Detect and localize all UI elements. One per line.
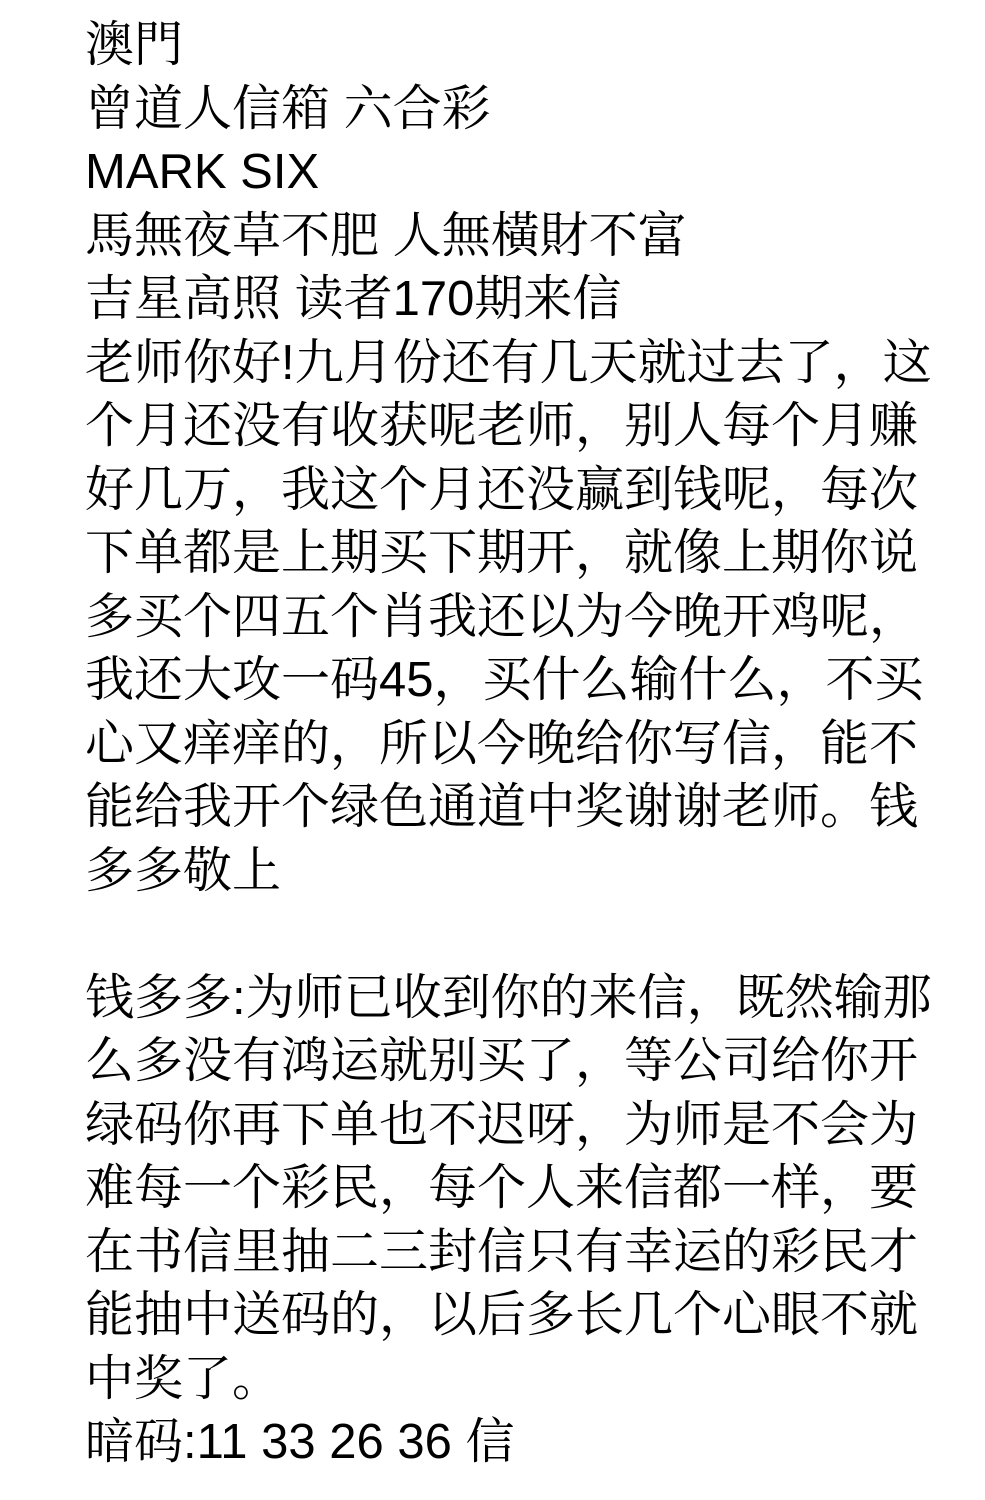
- reader-letter-line: 好几万，我这个月还没赢到钱呢，每次: [85, 459, 965, 523]
- reader-letter-line: 心又痒痒的，所以今晚给你写信，能不: [85, 713, 965, 777]
- region-title: 澳門: [85, 14, 965, 78]
- issue-heading: 吉星高照 读者170期来信: [85, 268, 965, 332]
- reader-letter-line: 下单都是上期买下期开，就像上期你说: [85, 522, 965, 586]
- reply-line: 中奖了。: [85, 1348, 965, 1412]
- reader-letter-line: 个月还没有收获呢老师，别人每个月赚: [85, 395, 965, 459]
- proverb-line: 馬無夜草不肥 人無橫財不富: [85, 205, 965, 269]
- mailbox-title: 曾道人信箱 六合彩: [85, 78, 965, 142]
- reader-letter-line: 老师你好!九月份还有几天就过去了，这: [85, 332, 965, 396]
- master-reply: 钱多多:为师已收到你的来信，既然输那 么多没有鸿运就别买了，等公司给你开 绿码你…: [85, 967, 965, 1412]
- reply-line: 么多没有鸿运就别买了，等公司给你开: [85, 1030, 965, 1094]
- reader-letter-line: 多买个四五个肖我还以为今晚开鸡呢，: [85, 586, 965, 650]
- reader-letter-line: 我还大攻一码45，买什么输什么，不买: [85, 649, 965, 713]
- reader-letter: 老师你好!九月份还有几天就过去了，这 个月还没有收获呢老师，别人每个月赚 好几万…: [85, 332, 965, 904]
- reply-line: 绿码你再下单也不迟呀，为师是不会为: [85, 1094, 965, 1158]
- english-title: MARK SIX: [85, 141, 965, 205]
- reader-letter-line: 能给我开个绿色通道中奖谢谢老师。钱: [85, 776, 965, 840]
- text-page: 澳門 曾道人信箱 六合彩 MARK SIX 馬無夜草不肥 人無橫財不富 吉星高照…: [0, 0, 985, 1500]
- reply-line: 在书信里抽二三封信只有幸运的彩民才: [85, 1221, 965, 1285]
- reply-line: 能抽中送码的，以后多长几个心眼不就: [85, 1284, 965, 1348]
- reply-line: 难每一个彩民，每个人来信都一样，要: [85, 1157, 965, 1221]
- reader-letter-line: 多多敬上: [85, 840, 965, 904]
- paragraph-spacer: [85, 903, 965, 967]
- page-header: 澳門 曾道人信箱 六合彩 MARK SIX 馬無夜草不肥 人無橫財不富 吉星高照…: [85, 14, 965, 332]
- reply-line: 钱多多:为师已收到你的来信，既然输那: [85, 967, 965, 1031]
- secret-code-line: 暗码:11 33 26 36 信: [85, 1411, 965, 1475]
